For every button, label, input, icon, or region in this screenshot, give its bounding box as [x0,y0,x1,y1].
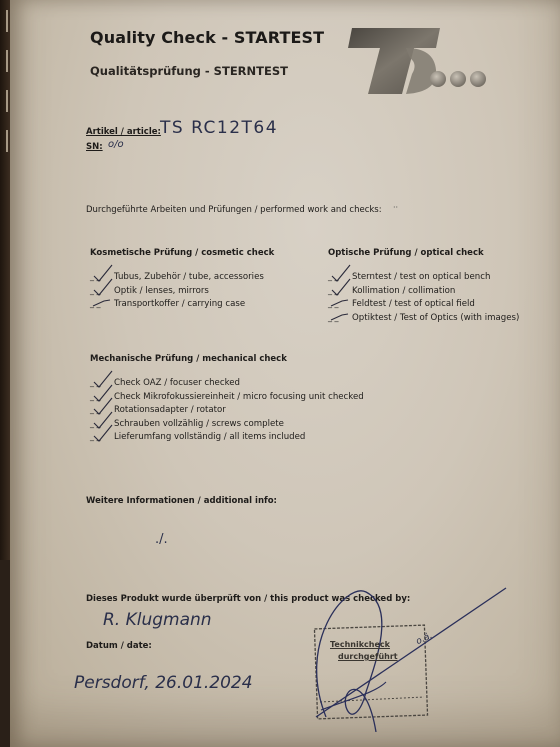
optical-check-list: Sterntest / test on optical benchKollima… [328,271,519,325]
check-item-label: Rotationsadapter / rotator [114,405,226,415]
check-item: Tubus, Zubehör / tube, accessories [90,271,274,285]
cosmetic-check-list: Tubus, Zubehör / tube, accessoriesOptik … [90,271,274,312]
check-item: Kollimation / collimation [328,285,519,299]
cosmetic-check-section: Kosmetische Prüfung / cosmetic check Tub… [90,248,274,312]
check-item: Schrauben vollzählig / screws complete [90,418,364,432]
check-item: Optik / lenses, mirrors [90,285,274,299]
check-item: Check OAZ / focuser checked [90,377,364,391]
check-item-label: Schrauben vollzählig / screws complete [114,419,284,429]
performed-checks-label: Durchgeführte Arbeiten und Prüfungen / p… [86,205,382,215]
check-item-label: Transportkoffer / carrying case [114,299,245,309]
mechanical-check-list: Check OAZ / focuser checkedCheck Mikrofo… [90,377,364,445]
check-item-label: Optik / lenses, mirrors [114,286,209,296]
check-item-label: Optiktest / Test of Optics (with images) [352,313,519,323]
check-item-label: Lieferumfang vollständig / all items inc… [114,432,305,442]
stamp-line-1: Technikcheck [330,640,390,649]
article-value[interactable]: TS RC12T64 [160,118,278,138]
technician-stamp: Technikcheck durchgeführt o.ä. [306,582,511,732]
section-title: Mechanische Prüfung / mechanical check [90,354,364,364]
check-item: Transportkoffer / carrying case [90,298,274,312]
check-item: Rotationsadapter / rotator [90,404,364,418]
document-title: Quality Check - STARTEST [90,28,324,47]
check-item: Sterntest / test on optical bench [328,271,519,285]
serial-number-value[interactable]: o/o [108,139,124,150]
check-item: Check Mikrofokussiereinheit / micro focu… [90,391,364,405]
checkbox[interactable] [90,431,112,444]
checkbox[interactable] [90,298,112,311]
check-item-label: Check OAZ / focuser checked [114,378,240,388]
mechanical-check-section: Mechanische Prüfung / mechanical check C… [90,354,364,445]
quality-check-sheet: Quality Check - STARTEST Qualitätsprüfun… [10,0,560,747]
performed-mark: ·· [393,203,398,212]
check-item-label: Kollimation / collimation [352,286,455,296]
check-item-label: Check Mikrofokussiereinheit / micro focu… [114,392,364,402]
additional-info-value[interactable]: ./. [155,532,168,547]
document-subtitle: Qualitätsprüfung - STERNTEST [90,64,288,78]
checkmark-icon [92,424,114,442]
stamp-line-2: durchgeführt [338,652,398,661]
strike-mark-icon [330,305,352,323]
check-item-label: Feldtest / test of optical field [352,299,475,309]
check-item: Optiktest / Test of Optics (with images) [328,312,519,326]
additional-info-label: Weitere Informationen / additional info: [86,496,277,506]
checkbox[interactable] [328,312,350,325]
serial-number-label: SN: [86,142,103,152]
optical-check-section: Optische Prüfung / optical check Sternte… [328,248,519,325]
article-label: Artikel / article: [86,127,161,137]
date-label: Datum / date: [86,641,152,651]
strike-mark-icon [92,291,114,309]
section-title: Kosmetische Prüfung / cosmetic check [90,248,274,258]
check-item: Lieferumfang vollständig / all items inc… [90,431,364,445]
check-item-label: Tubus, Zubehör / tube, accessories [114,272,264,282]
checked-by-signature[interactable]: R. Klugmann [103,610,212,630]
check-item: Feldtest / test of optical field [328,298,519,312]
check-item-label: Sterntest / test on optical bench [352,272,490,282]
section-title: Optische Prüfung / optical check [328,248,519,258]
ts-logo-icon [346,24,496,96]
date-value[interactable]: Persdorf, 26.01.2024 [74,673,253,693]
